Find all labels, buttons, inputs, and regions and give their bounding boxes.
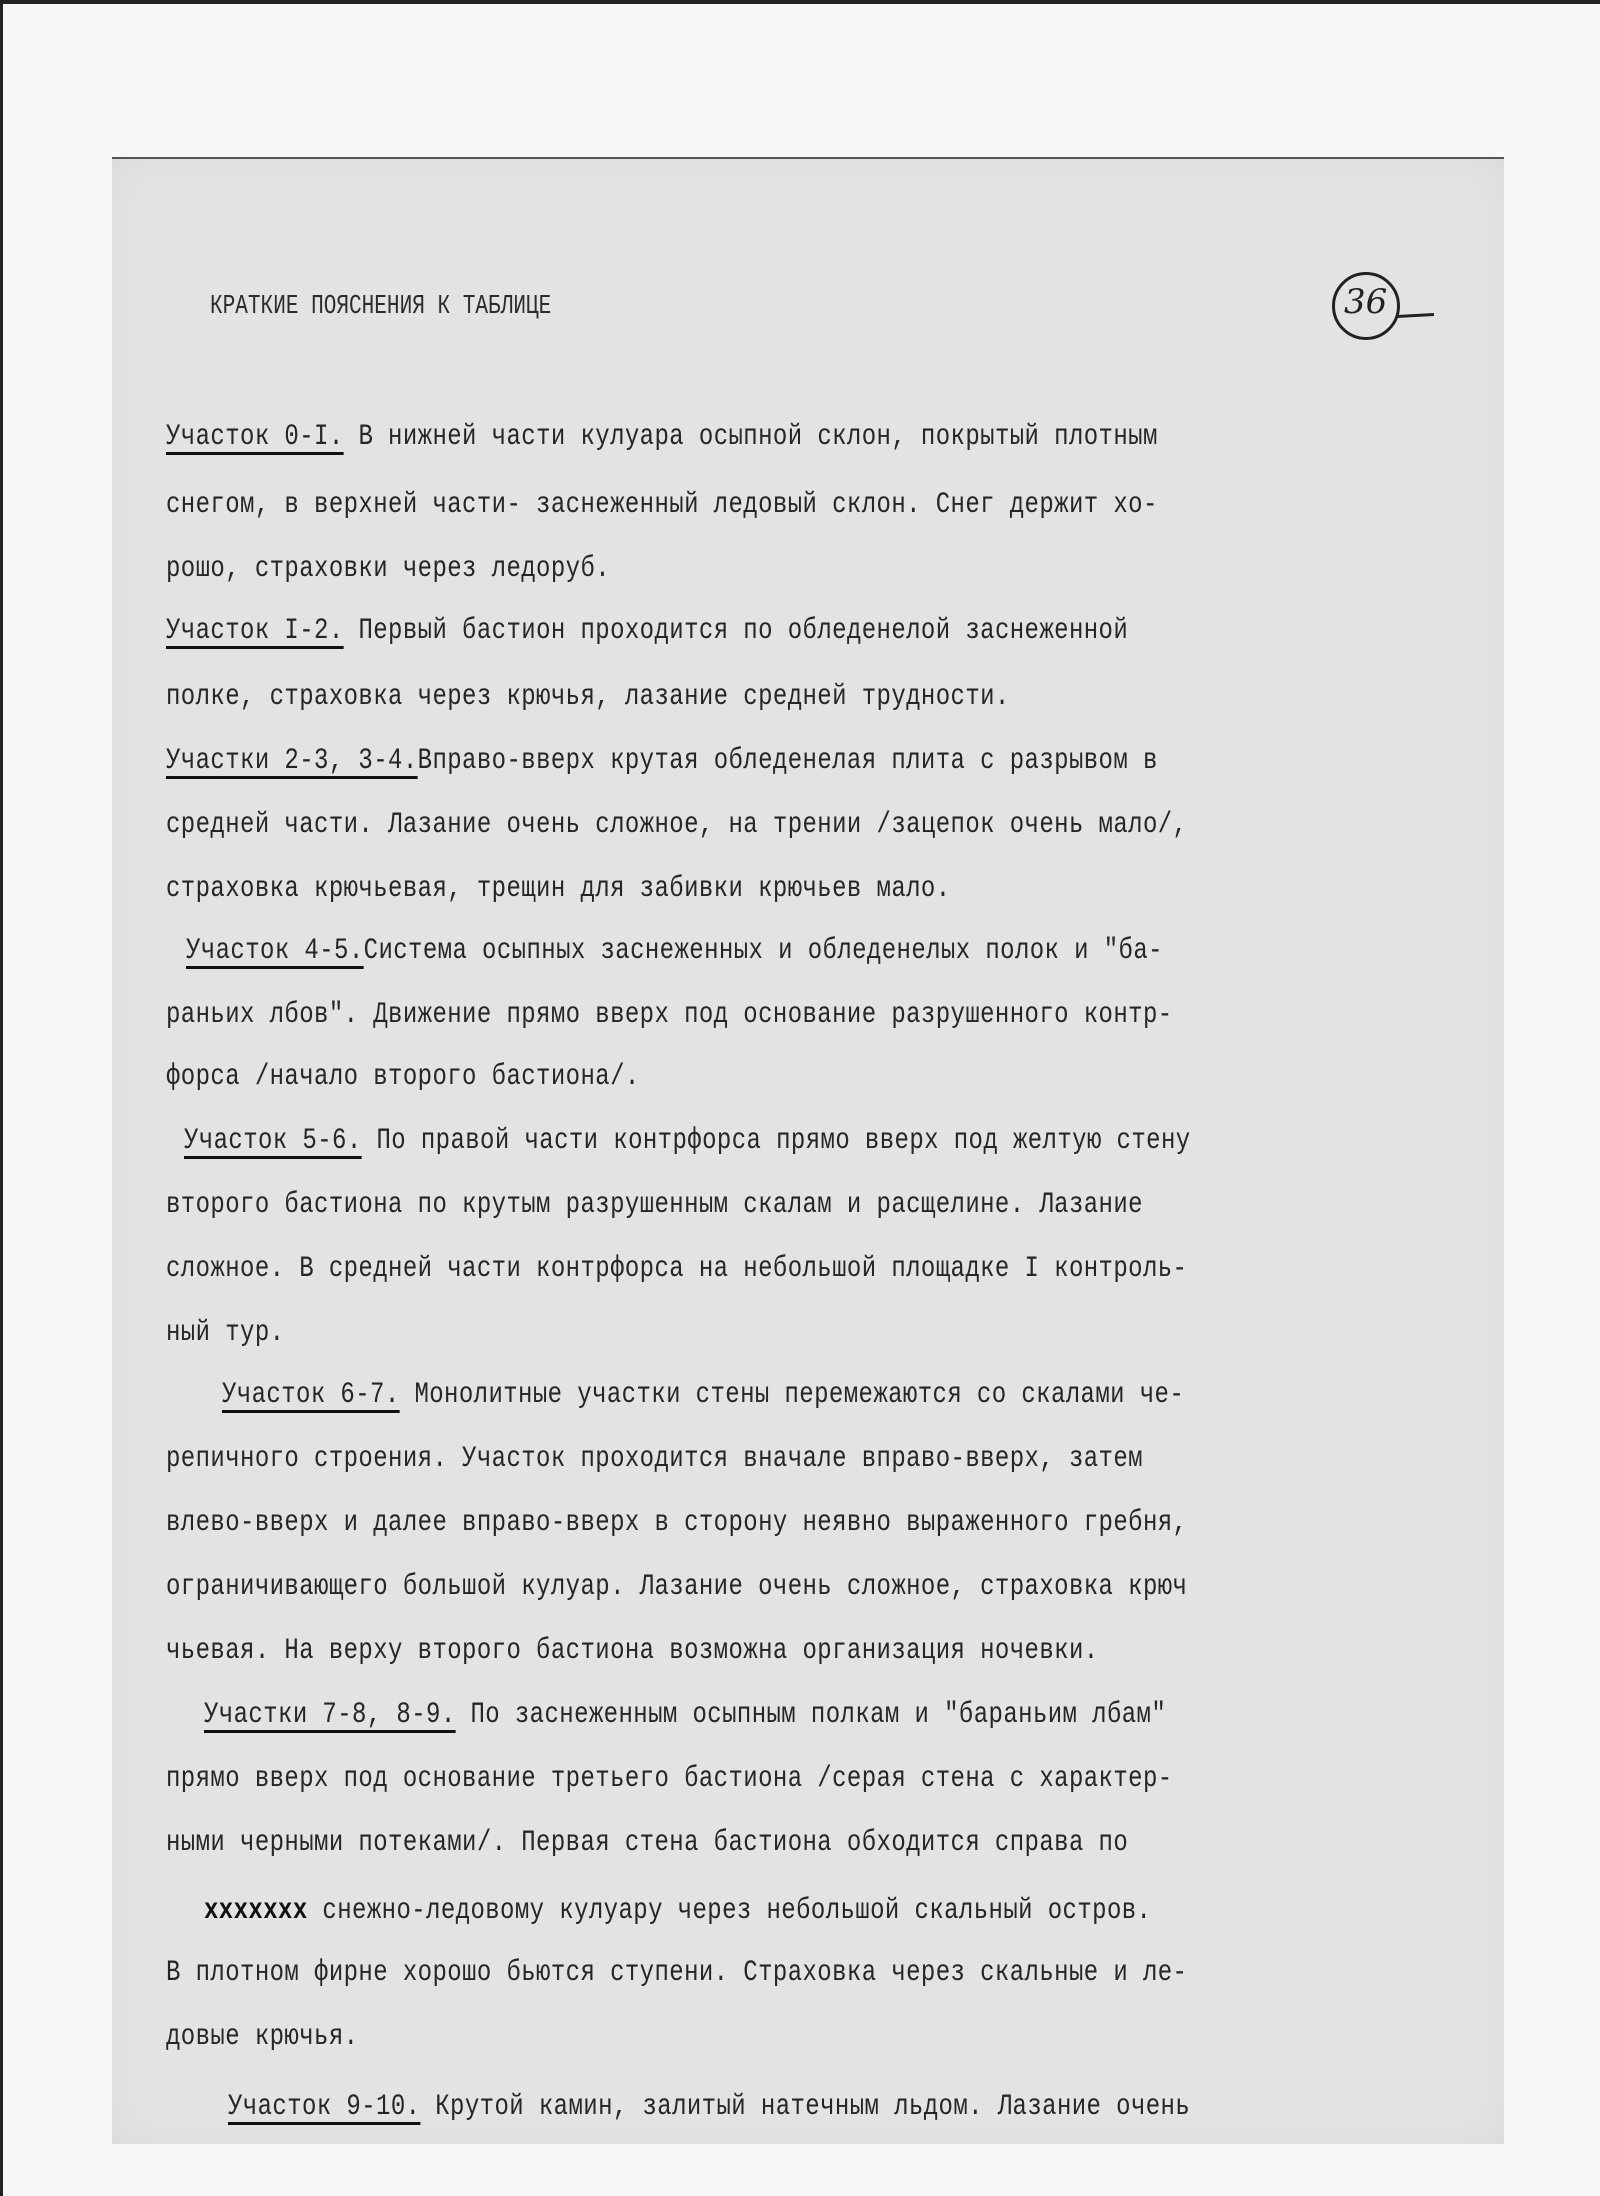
text-line: ный тур. xyxy=(166,1316,284,1350)
section-label: Участок 6-7. xyxy=(222,1378,400,1412)
section-line: Участок 4-5.Система осыпных заснеженных … xyxy=(186,934,1163,968)
line-text: прямо вверх под основание третьего басти… xyxy=(166,1762,1173,1796)
line-text: В плотном фирне хорошо бьются ступени. С… xyxy=(166,1956,1187,1990)
line-text: Монолитные участки стены перемежаются со… xyxy=(400,1378,1185,1412)
line-text: ными черными потеками/. Первая стена бас… xyxy=(166,1826,1128,1860)
line-text: По заснеженным осыпным полкам и "бараньи… xyxy=(456,1698,1167,1732)
line-text: рошо, страховки через ледоруб. xyxy=(166,552,610,586)
line-text: чьевая. На верху второго бастиона возмож… xyxy=(166,1634,1099,1668)
section-label: Участки 2-3, 3-4. xyxy=(166,744,418,778)
line-text: раньих лбов". Движение прямо вверх под о… xyxy=(166,998,1173,1032)
text-line: ограничивающего большой кулуар. Лазание … xyxy=(166,1570,1187,1604)
line-text: Первый бастион проходится по обледенелой… xyxy=(344,614,1129,648)
page-title: КРАТКИЕ ПОЯСНЕНИЯ К ТАБЛИЦЕ xyxy=(210,292,551,322)
line-text: Вправо-вверх крутая обледенелая плита с … xyxy=(418,744,1158,778)
text-line: влево-вверх и далее вправо-вверх в сторо… xyxy=(166,1506,1187,1540)
struck-out-text: xxxxxxx xyxy=(204,1894,308,1928)
text-line: довые крючья. xyxy=(166,2020,358,2054)
section-line: Участки 7-8, 8-9. По заснеженным осыпным… xyxy=(204,1698,1166,1732)
section-label: Участок 0-I. xyxy=(166,420,344,454)
text-line: прямо вверх под основание третьего басти… xyxy=(166,1762,1173,1796)
text-line: рошо, страховки через ледоруб. xyxy=(166,552,610,586)
section-label: Участок 4-5. xyxy=(186,934,364,968)
text-line: второго бастиона по крутым разрушенным с… xyxy=(166,1188,1143,1222)
text-line: В плотном фирне хорошо бьются ступени. С… xyxy=(166,1956,1187,1990)
text-line: репичного строения. Участок проходится в… xyxy=(166,1442,1143,1476)
section-line: Участок 0-I. В нижней части кулуара осып… xyxy=(166,420,1158,454)
line-text: снежно-ледовому кулуару через небольшой … xyxy=(308,1894,1152,1928)
section-label: Участок 9-10. xyxy=(228,2090,420,2124)
line-text: средней части. Лазание очень сложное, на… xyxy=(166,808,1187,842)
text-line: ными черными потеками/. Первая стена бас… xyxy=(166,1826,1128,1860)
text-line: снегом, в верхней части- заснеженный лед… xyxy=(166,488,1158,522)
line-text: Система осыпных заснеженных и обледенелы… xyxy=(364,934,1163,968)
section-line: Участок I-2. Первый бастион проходится п… xyxy=(166,614,1128,648)
section-label: Участок 5-6. xyxy=(184,1124,362,1158)
line-text: репичного строения. Участок проходится в… xyxy=(166,1442,1143,1476)
line-text: второго бастиона по крутым разрушенным с… xyxy=(166,1188,1143,1222)
section-line: Участки 2-3, 3-4.Вправо-вверх крутая обл… xyxy=(166,744,1158,778)
section-label: Участок I-2. xyxy=(166,614,344,648)
line-text: форса /начало второго бастиона/. xyxy=(166,1060,640,1094)
line-text: ограничивающего большой кулуар. Лазание … xyxy=(166,1570,1187,1604)
line-text: полке, страховка через крючья, лазание с… xyxy=(166,680,1010,714)
text-line: страховка крючьевая, трещин для забивки … xyxy=(166,872,951,906)
line-text: довые крючья. xyxy=(166,2020,358,2054)
section-line: Участок 9-10. Крутой камин, залитый нате… xyxy=(228,2090,1190,2124)
line-text: влево-вверх и далее вправо-вверх в сторо… xyxy=(166,1506,1187,1540)
text-line: полке, страховка через крючья, лазание с… xyxy=(166,680,1010,714)
section-line: Участок 6-7. Монолитные участки стены пе… xyxy=(222,1378,1184,1412)
section-line: Участок 5-6. По правой части контрфорса … xyxy=(184,1124,1191,1158)
text-line: форса /начало второго бастиона/. xyxy=(166,1060,640,1094)
line-text: По правой части контрфорса прямо вверх п… xyxy=(362,1124,1191,1158)
text-line: чьевая. На верху второго бастиона возмож… xyxy=(166,1634,1099,1668)
line-text: сложное. В средней части контрфорса на н… xyxy=(166,1252,1187,1286)
text-line: средней части. Лазание очень сложное, на… xyxy=(166,808,1187,842)
text-line: сложное. В средней части контрфорса на н… xyxy=(166,1252,1187,1286)
line-text: Крутой камин, залитый натечным льдом. Ла… xyxy=(420,2090,1190,2124)
page-number-stamp: 36 xyxy=(1328,262,1404,338)
text-line: раньих лбов". Движение прямо вверх под о… xyxy=(166,998,1173,1032)
line-text: В нижней части кулуара осыпной склон, по… xyxy=(344,420,1158,454)
line-text: снегом, в верхней части- заснеженный лед… xyxy=(166,488,1158,522)
section-label: Участки 7-8, 8-9. xyxy=(204,1698,456,1732)
line-text: страховка крючьевая, трещин для забивки … xyxy=(166,872,951,906)
line-text: ный тур. xyxy=(166,1316,284,1350)
text-line: xxxxxxx снежно-ледовому кулуару через не… xyxy=(204,1894,1151,1928)
page-number: 36 xyxy=(1344,282,1387,322)
